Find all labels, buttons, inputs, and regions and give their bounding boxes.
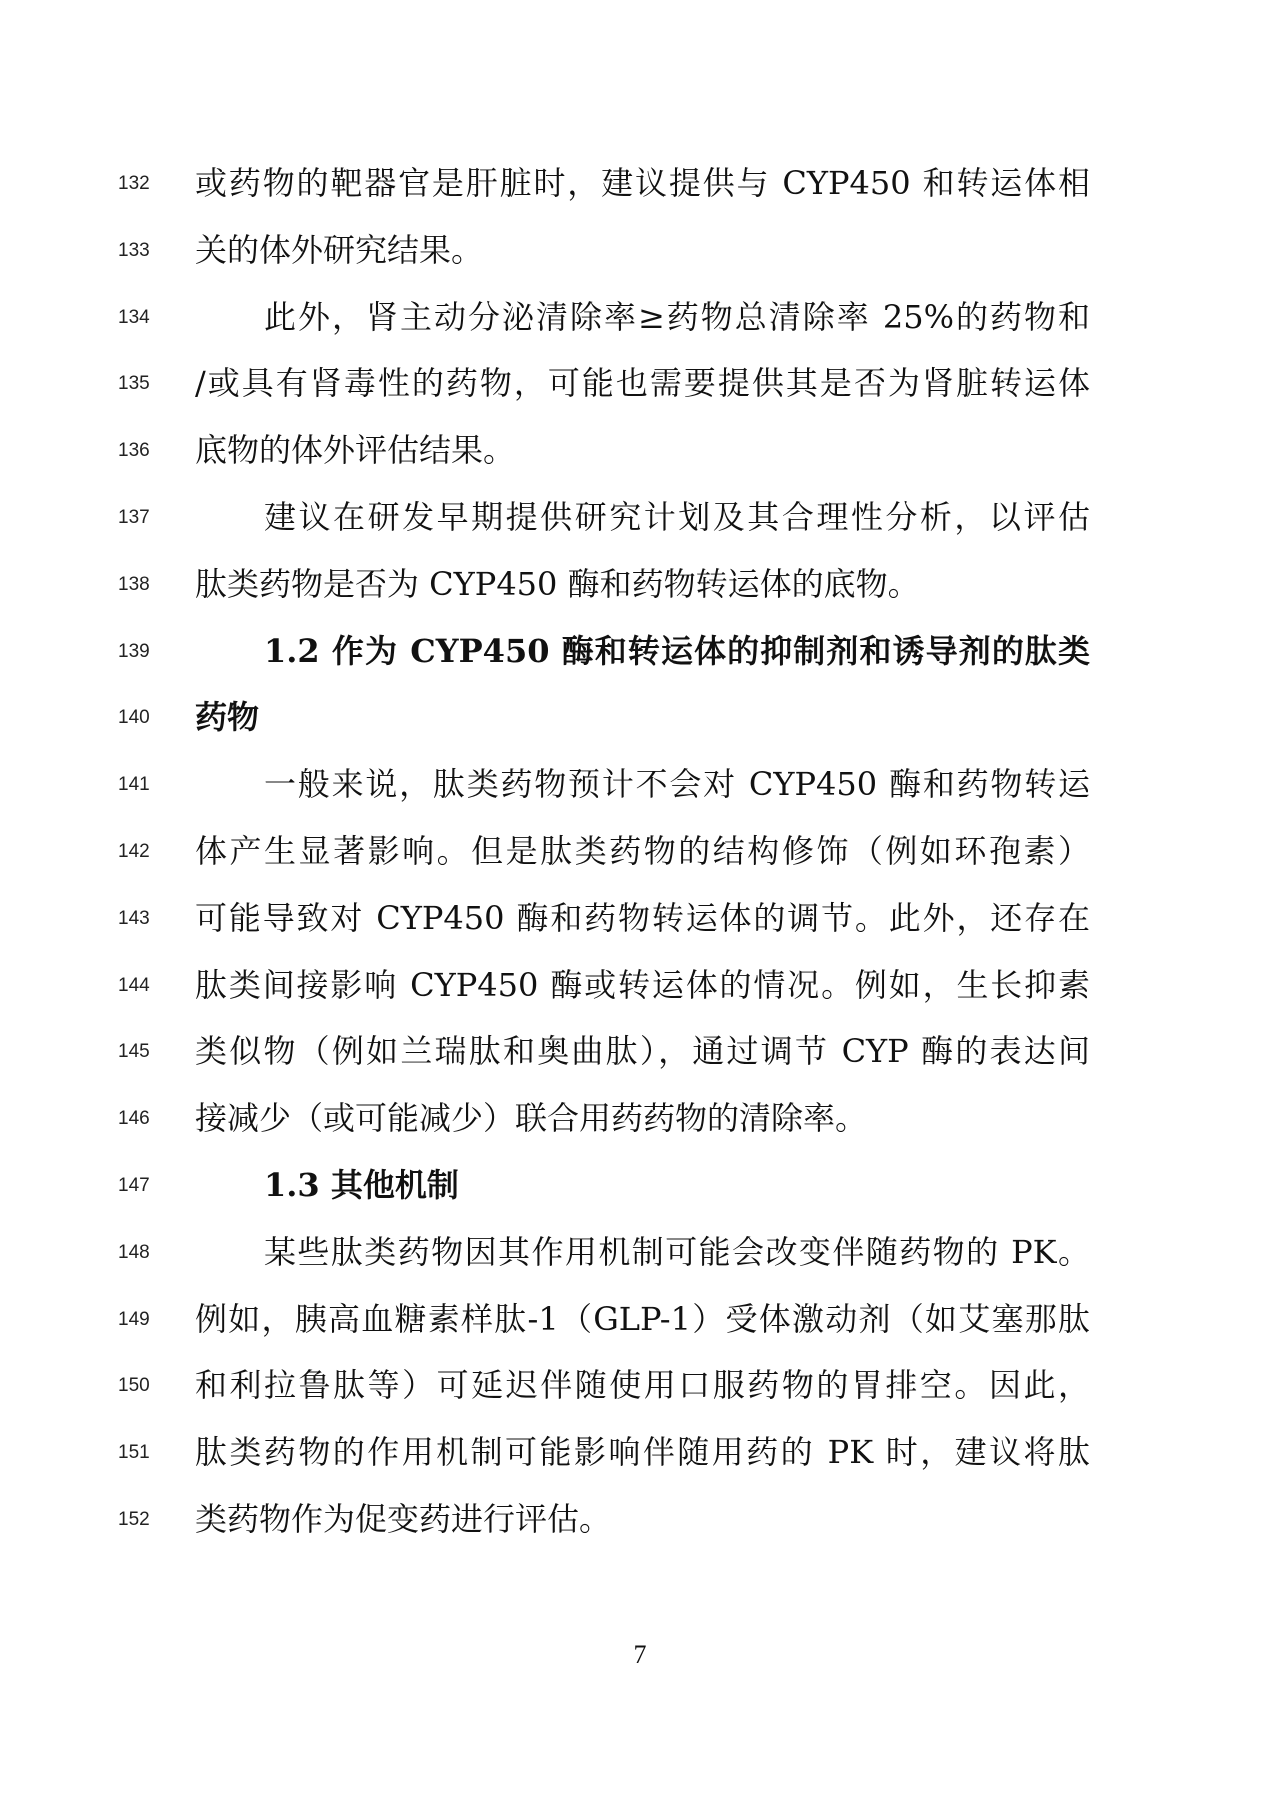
text-line: 145 类似物（例如兰瑞肽和奥曲肽），通过调节 CYP 酶的表达间: [0, 1018, 1280, 1085]
line-number: 147: [118, 1152, 166, 1219]
line-number: 138: [118, 551, 166, 618]
line-text: 类似物（例如兰瑞肽和奥曲肽），通过调节 CYP 酶的表达间: [195, 1018, 1090, 1085]
text-line: 148 某些肽类药物因其作用机制可能会改变伴随药物的 PK。: [0, 1219, 1280, 1286]
line-text: 或药物的靶器官是肝脏时，建议提供与 CYP450 和转运体相: [195, 150, 1090, 217]
line-text: 肽类药物是否为 CYP450 酶和药物转运体的底物。: [195, 551, 1090, 618]
text-line: 143 可能导致对 CYP450 酶和药物转运体的调节。此外，还存在: [0, 885, 1280, 952]
text-line: 144 肽类间接影响 CYP450 酶或转运体的情况。例如，生长抑素: [0, 952, 1280, 1019]
heading-text: 1.2 作为 CYP450 酶和转运体的抑制剂和诱导剂的肽类: [195, 618, 1090, 685]
text-line: 134 此外，肾主动分泌清除率≥药物总清除率 25%的药物和: [0, 284, 1280, 351]
section-heading-1-3: 147 1.3 其他机制: [0, 1152, 1280, 1219]
text-line: 150 和利拉鲁肽等）可延迟伴随使用口服药物的胃排空。因此，: [0, 1352, 1280, 1419]
line-text: 例如，胰高血糖素样肽-1（GLP-1）受体激动剂（如艾塞那肽: [195, 1286, 1090, 1353]
line-number: 135: [118, 350, 166, 417]
line-number: 140: [118, 684, 166, 751]
text-line: 141 一般来说，肽类药物预计不会对 CYP450 酶和药物转运: [0, 751, 1280, 818]
line-number: 139: [118, 618, 166, 685]
line-text: 肽类间接影响 CYP450 酶或转运体的情况。例如，生长抑素: [195, 952, 1090, 1019]
line-text: 肽类药物的作用机制可能影响伴随用药的 PK 时，建议将肽: [195, 1419, 1090, 1486]
text-line: 152 类药物作为促变药进行评估。: [0, 1486, 1280, 1553]
line-text: 关的体外研究结果。: [195, 217, 1090, 284]
line-number: 151: [118, 1419, 166, 1486]
line-text: 可能导致对 CYP450 酶和药物转运体的调节。此外，还存在: [195, 885, 1090, 952]
page-number: 7: [600, 1640, 680, 1670]
heading-text: 1.3 其他机制: [195, 1152, 1090, 1219]
line-text: 此外，肾主动分泌清除率≥药物总清除率 25%的药物和: [195, 284, 1090, 351]
text-line: 137 建议在研发早期提供研究计划及其合理性分析，以评估: [0, 484, 1280, 551]
line-number: 144: [118, 952, 166, 1019]
text-line: 138 肽类药物是否为 CYP450 酶和药物转运体的底物。: [0, 551, 1280, 618]
text-line: 151 肽类药物的作用机制可能影响伴随用药的 PK 时，建议将肽: [0, 1419, 1280, 1486]
line-number: 148: [118, 1219, 166, 1286]
heading-text: 药物: [195, 684, 1090, 751]
line-text: 和利拉鲁肽等）可延迟伴随使用口服药物的胃排空。因此，: [195, 1352, 1090, 1419]
line-number: 146: [118, 1085, 166, 1152]
text-line: 136 底物的体外评估结果。: [0, 417, 1280, 484]
line-number: 132: [118, 150, 166, 217]
line-text: 体产生显著影响。但是肽类药物的结构修饰（例如环孢素）: [195, 818, 1090, 885]
text-line: 142 体产生显著影响。但是肽类药物的结构修饰（例如环孢素）: [0, 818, 1280, 885]
text-line: 149 例如，胰高血糖素样肽-1（GLP-1）受体激动剂（如艾塞那肽: [0, 1286, 1280, 1353]
text-line: 133 关的体外研究结果。: [0, 217, 1280, 284]
line-number: 136: [118, 417, 166, 484]
line-text: 建议在研发早期提供研究计划及其合理性分析，以评估: [195, 484, 1090, 551]
text-line: 146 接减少（或可能减少）联合用药药物的清除率。: [0, 1085, 1280, 1152]
document-page: 132 或药物的靶器官是肝脏时，建议提供与 CYP450 和转运体相 133 关…: [0, 0, 1280, 1810]
line-number: 141: [118, 751, 166, 818]
line-number: 150: [118, 1352, 166, 1419]
line-number: 145: [118, 1018, 166, 1085]
line-number: 137: [118, 484, 166, 551]
line-number: 149: [118, 1286, 166, 1353]
section-heading-1-2-cont: 140 药物: [0, 684, 1280, 751]
line-number: 152: [118, 1486, 166, 1553]
line-text: 底物的体外评估结果。: [195, 417, 1090, 484]
line-number: 142: [118, 818, 166, 885]
text-line: 135 /或具有肾毒性的药物，可能也需要提供其是否为肾脏转运体: [0, 350, 1280, 417]
section-heading-1-2: 139 1.2 作为 CYP450 酶和转运体的抑制剂和诱导剂的肽类: [0, 618, 1280, 685]
line-text: 类药物作为促变药进行评估。: [195, 1486, 1090, 1553]
line-number: 134: [118, 284, 166, 351]
line-number: 143: [118, 885, 166, 952]
line-number: 133: [118, 217, 166, 284]
line-text: 一般来说，肽类药物预计不会对 CYP450 酶和药物转运: [195, 751, 1090, 818]
text-line: 132 或药物的靶器官是肝脏时，建议提供与 CYP450 和转运体相: [0, 150, 1280, 217]
line-text: 接减少（或可能减少）联合用药药物的清除率。: [195, 1085, 1090, 1152]
line-text: 某些肽类药物因其作用机制可能会改变伴随药物的 PK。: [195, 1219, 1090, 1286]
line-text: /或具有肾毒性的药物，可能也需要提供其是否为肾脏转运体: [195, 350, 1090, 417]
